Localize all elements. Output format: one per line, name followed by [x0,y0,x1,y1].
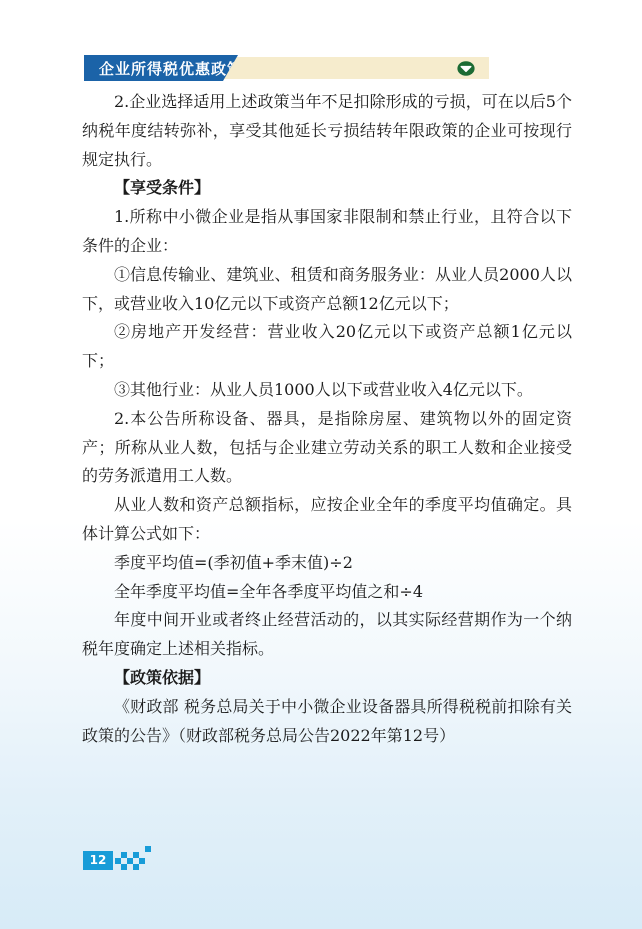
paragraph: 2.企业选择适用上述政策当年不足扣除形成的亏损，可在以后5个纳税年度结转弥补，享… [82,88,572,174]
paragraph: ②房地产开发经营：营业收入20亿元以下或资产总额1亿元以下； [82,318,572,376]
section-label: 企业所得税优惠政策 [84,55,238,81]
pixel-squares-decoration-icon [115,846,153,870]
paragraph: 从业人数和资产总额指标，应按企业全年的季度平均值确定。具体计算公式如下： [82,491,572,549]
paragraph: 2.本公告所称设备、器具，是指除房屋、建筑物以外的固定资产；所称从业人数，包括与… [82,405,572,491]
paragraph: 1.所称中小微企业是指从事国家非限制和禁止行业，且符合以下条件的企业： [82,203,572,261]
paragraph: 年度中间开业或者终止经营活动的，以其实际经营期作为一个纳税年度确定上述相关指标。 [82,606,572,664]
document-page: 企业所得税优惠政策 2.企业选择适用上述政策当年不足扣除形成的亏损，可在以后5个… [0,0,642,929]
body-text: 2.企业选择适用上述政策当年不足扣除形成的亏损，可在以后5个纳税年度结转弥补，享… [82,88,572,750]
paragraph: 《财政部 税务总局关于中小微企业设备器具所得税税前扣除有关政策的公告》（财政部税… [82,693,572,751]
formula-line: 全年季度平均值=全年各季度平均值之和÷4 [82,578,572,607]
page-number-badge: 12 [83,851,113,870]
paragraph: ①信息传输业、建筑业、租赁和商务服务业：从业人员2000人以下，或营业收入10亿… [82,261,572,319]
section-label-text: 企业所得税优惠政策 [99,58,243,79]
section-heading-policy-basis: 【政策依据】 [82,664,572,693]
page-number: 12 [90,853,107,867]
chevron-down-icon [457,61,475,76]
section-heading-conditions: 【享受条件】 [82,174,572,203]
paragraph: ③其他行业：从业人员1000人以下或营业收入4亿元以下。 [82,376,572,405]
formula-line: 季度平均值=(季初值+季末值)÷2 [82,549,572,578]
